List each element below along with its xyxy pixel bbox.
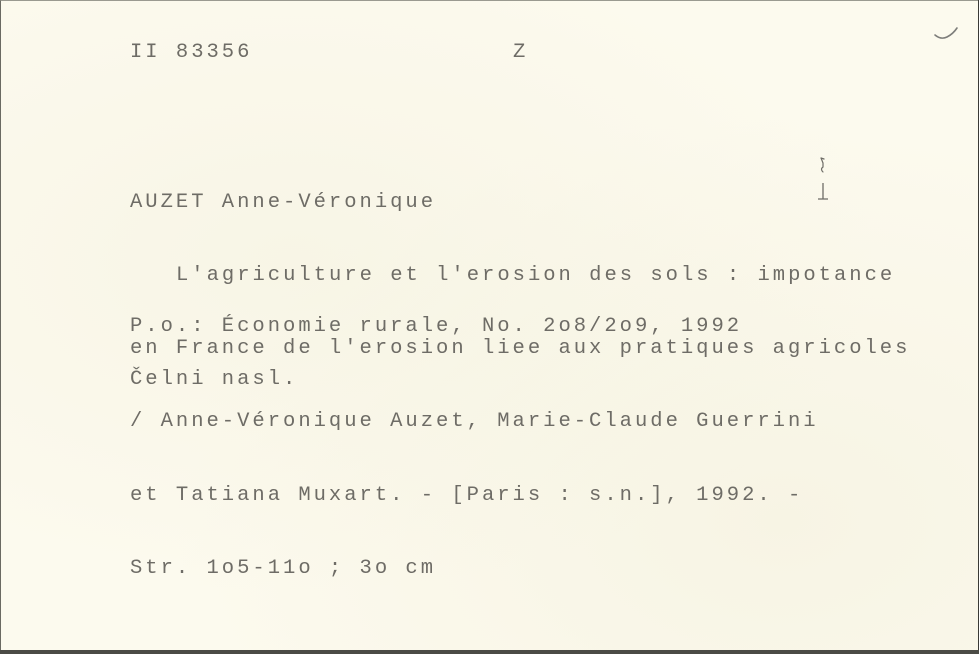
location-mark: Z (513, 41, 528, 65)
check-mark-icon (933, 25, 959, 41)
publication-line: et Tatiana Muxart. - [Paris : s.n.], 199… (130, 484, 910, 508)
author-heading: AUZET Anne-Véronique (130, 191, 910, 215)
catalog-card: II 83356 Z AUZET Anne-Véronique L'agricu… (0, 0, 978, 651)
extent-line: Str. 1o5-11o ; 3o cm (130, 557, 910, 581)
responsibility-line: / Anne-Véronique Auzet, Marie-Claude Gue… (130, 410, 910, 434)
title-line-2: en France de l'erosion liee aux pratique… (130, 337, 910, 361)
insertion-mark-icon (814, 155, 834, 205)
title-source-note: Čelni nasl. (130, 368, 298, 392)
card-bottom-edge (0, 650, 979, 654)
call-number: II 83356 (130, 41, 252, 65)
title-line-1: L'agriculture et l'erosion des sols : im… (130, 264, 910, 288)
source-note: P.o.: Économie rurale, No. 2o8/2o9, 1992 (130, 315, 742, 339)
